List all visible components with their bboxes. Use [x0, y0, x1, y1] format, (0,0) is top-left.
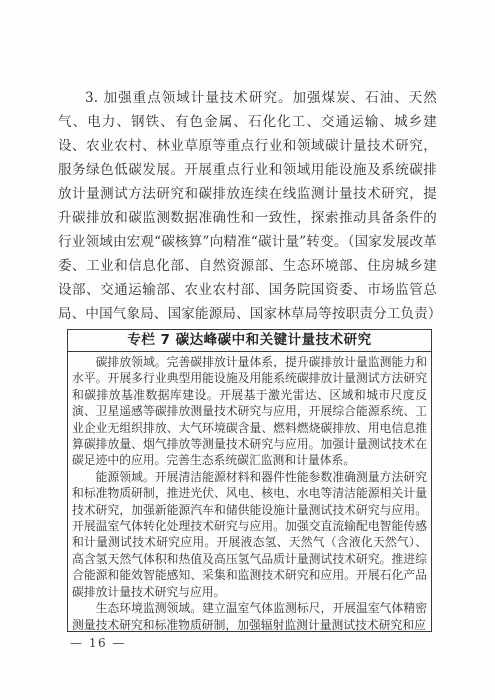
column-box-body: 碳排放领域。完善碳排放计量体系，提升碳排放计量监测能力和水平。开展多行业典型用能… [68, 352, 431, 632]
document-page: 3. 加强重点领域计量技术研究。加强煤炭、石油、天然气、电力、钢铁、有色金属、石… [0, 0, 495, 700]
special-column-box: 专栏 7 碳达峰碳中和关键计量技术研究 碳排放领域。完善碳排放计量体系，提升碳排… [67, 329, 432, 632]
box-paragraph-carbon-emission: 碳排放领域。完善碳排放计量体系，提升碳排放计量监测能力和水平。开展多行业典型用能… [72, 354, 427, 469]
column-box-title: 专栏 7 碳达峰碳中和关键计量技术研究 [68, 330, 431, 352]
box-paragraph-eco-environment-monitoring: 生态环境监测领域。建立温室气体监测标尺，开展温室气体精密测量技术研究和标准物质研… [72, 600, 427, 632]
box-paragraph-energy: 能源领域。开展清洁能源材料和器件性能参数准确测量方法研究和标准物质研制，推进光伏… [72, 469, 427, 600]
page-number: — 16 — [70, 636, 126, 650]
main-paragraph: 3. 加强重点领域计量技术研究。加强煤炭、石油、天然气、电力、钢铁、有色金属、石… [58, 86, 437, 326]
